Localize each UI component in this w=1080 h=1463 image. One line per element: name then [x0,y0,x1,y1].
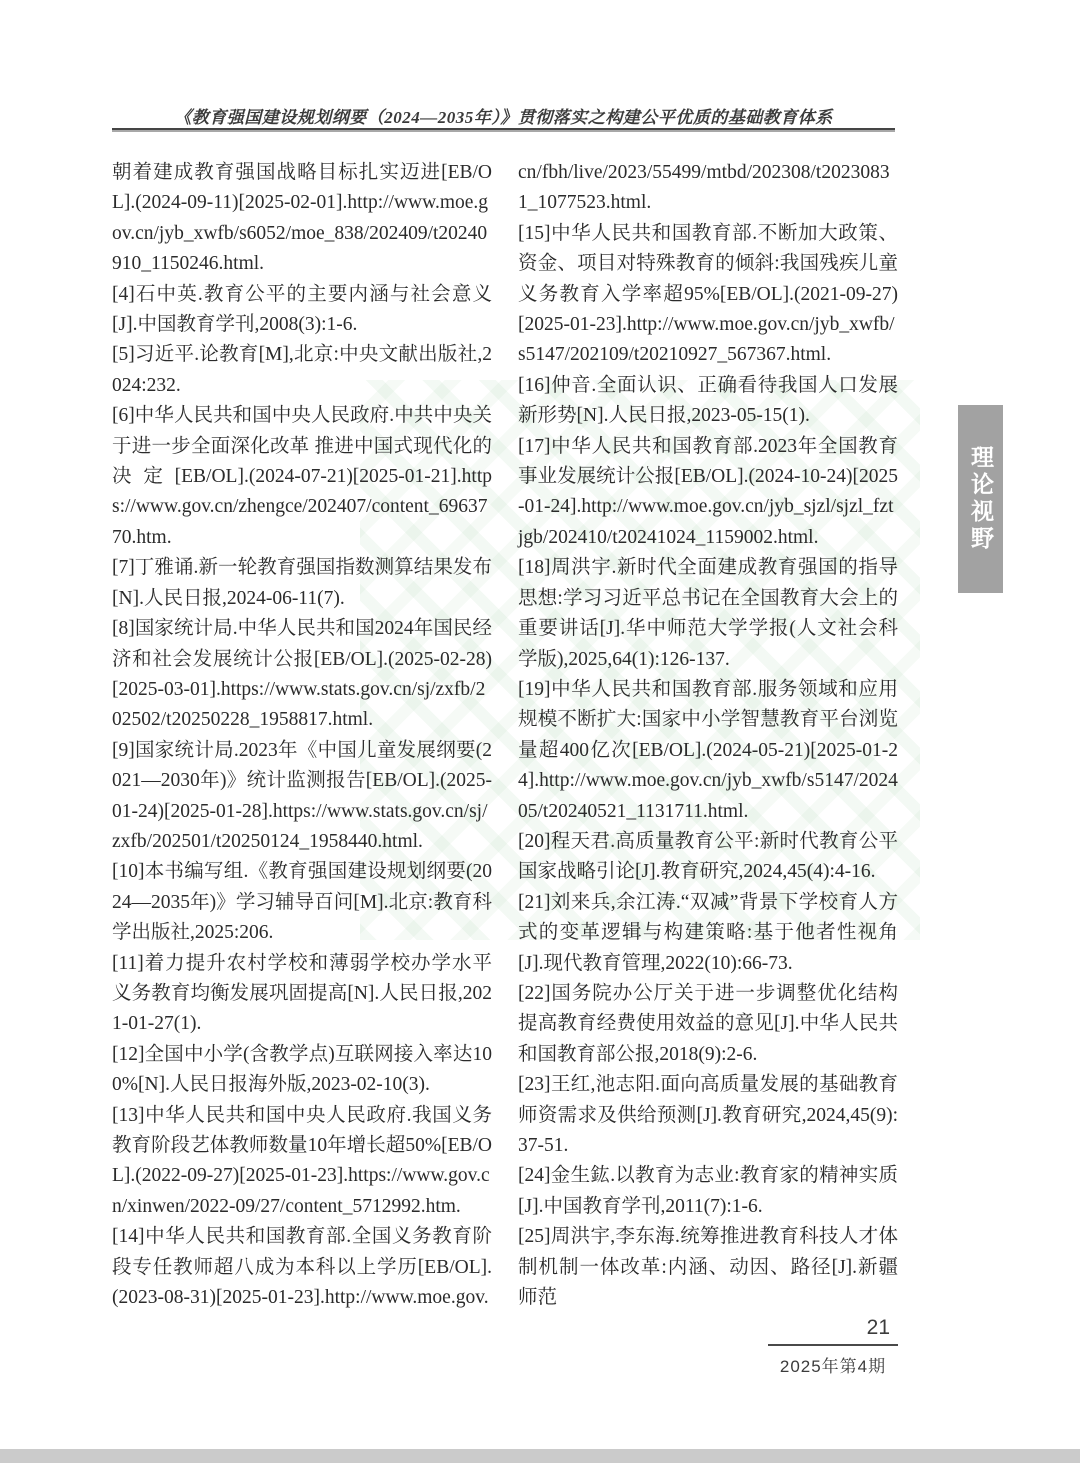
issue-label: 2025年第4期 [768,1352,898,1377]
reference-item: [8]国家统计局.中华人民共和国2024年国民经济和社会发展统计公报[EB/OL… [112,614,492,736]
footer-rule [768,1344,898,1346]
reference-item: [18]周洪宇.新时代全面建成教育强国的指导思想:学习习近平总书记在全国教育大会… [518,553,898,675]
page-number: 21 [768,1314,898,1342]
reference-item: [20]程天君.高质量教育公平:新时代教育公平国家战略引论[J].教育研究,20… [518,827,898,888]
reference-item: [24]金生鈜.以教育为志业:教育家的精神实质[J].中国教育学刊,2011(7… [518,1161,898,1222]
reference-item: [9]国家统计局.2023年《中国儿童发展纲要(2021—2030年)》统计监测… [112,736,492,858]
section-tab: 理论视野 [958,405,1003,593]
reference-item: cn/fbh/live/2023/55499/mtbd/202308/t2023… [518,158,898,219]
references-right-column: cn/fbh/live/2023/55499/mtbd/202308/t2023… [518,158,898,1313]
running-head-title: 《教育强国建设规划纲要（2024—2035年）》贯彻落实之构建公平优质的基础教育… [112,103,895,128]
reference-item: [6]中华人民共和国中央人民政府.中共中央关于进一步全面深化改革 推进中国式现代… [112,401,492,553]
page-footer: 21 2025年第4期 [768,1314,898,1377]
header-rule [112,128,895,132]
reference-item: [11]着力提升农村学校和薄弱学校办学水平义务教育均衡发展巩固提高[N].人民日… [112,949,492,1040]
reference-item: [21]刘来兵,余江涛.“双减”背景下学校育人方式的变革逻辑与构建策略:基于他者… [518,888,898,979]
reference-item: 朝着建成教育强国战略目标扎实迈进[EB/OL].(2024-09-11)[202… [112,158,492,280]
reference-item: [22]国务院办公厅关于进一步调整优化结构提高教育经费使用效益的意见[J].中华… [518,979,898,1070]
section-tab-label: 理论视野 [964,445,997,553]
references-left-column: 朝着建成教育强国战略目标扎实迈进[EB/OL].(2024-09-11)[202… [112,158,492,1313]
scan-edge [0,1449,1080,1463]
reference-item: [23]王红,池志阳.面向高质量发展的基础教育师资需求及供给预测[J].教育研究… [518,1070,898,1161]
reference-item: [17]中华人民共和国教育部.2023年全国教育事业发展统计公报[EB/OL].… [518,432,898,554]
reference-item: [4]石中英.教育公平的主要内涵与社会意义[J].中国教育学刊,2008(3):… [112,280,492,341]
references-section: 朝着建成教育强国战略目标扎实迈进[EB/OL].(2024-09-11)[202… [112,158,898,1313]
reference-item: [25]周洪宇,李东海.统筹推进教育科技人才体制机制一体改革:内涵、动因、路径[… [518,1222,898,1313]
reference-item: [13]中华人民共和国中央人民政府.我国义务教育阶段艺体教师数量10年增长超50… [112,1101,492,1223]
reference-item: [16]仲音.全面认识、正确看待我国人口发展新形势[N].人民日报,2023-0… [518,371,898,432]
reference-item: [7]丁雅诵.新一轮教育强国指数测算结果发布[N].人民日报,2024-06-1… [112,553,492,614]
reference-item: [10]本书编写组.《教育强国建设规划纲要(2024—2035年)》学习辅导百问… [112,857,492,948]
journal-page: 《教育强国建设规划纲要（2024—2035年）》贯彻落实之构建公平优质的基础教育… [0,0,1080,1463]
reference-item: [12]全国中小学(含教学点)互联网接入率达100%[N].人民日报海外版,20… [112,1040,492,1101]
reference-item: [14]中华人民共和国教育部.全国义务教育阶段专任教师超八成为本科以上学历[EB… [112,1222,492,1313]
reference-item: [19]中华人民共和国教育部.服务领域和应用规模不断扩大:国家中小学智慧教育平台… [518,675,898,827]
reference-item: [5]习近平.论教育[M],北京:中央文献出版社,2024:232. [112,340,492,401]
reference-item: [15]中华人民共和国教育部.不断加大政策、资金、项目对特殊教育的倾斜:我国残疾… [518,219,898,371]
